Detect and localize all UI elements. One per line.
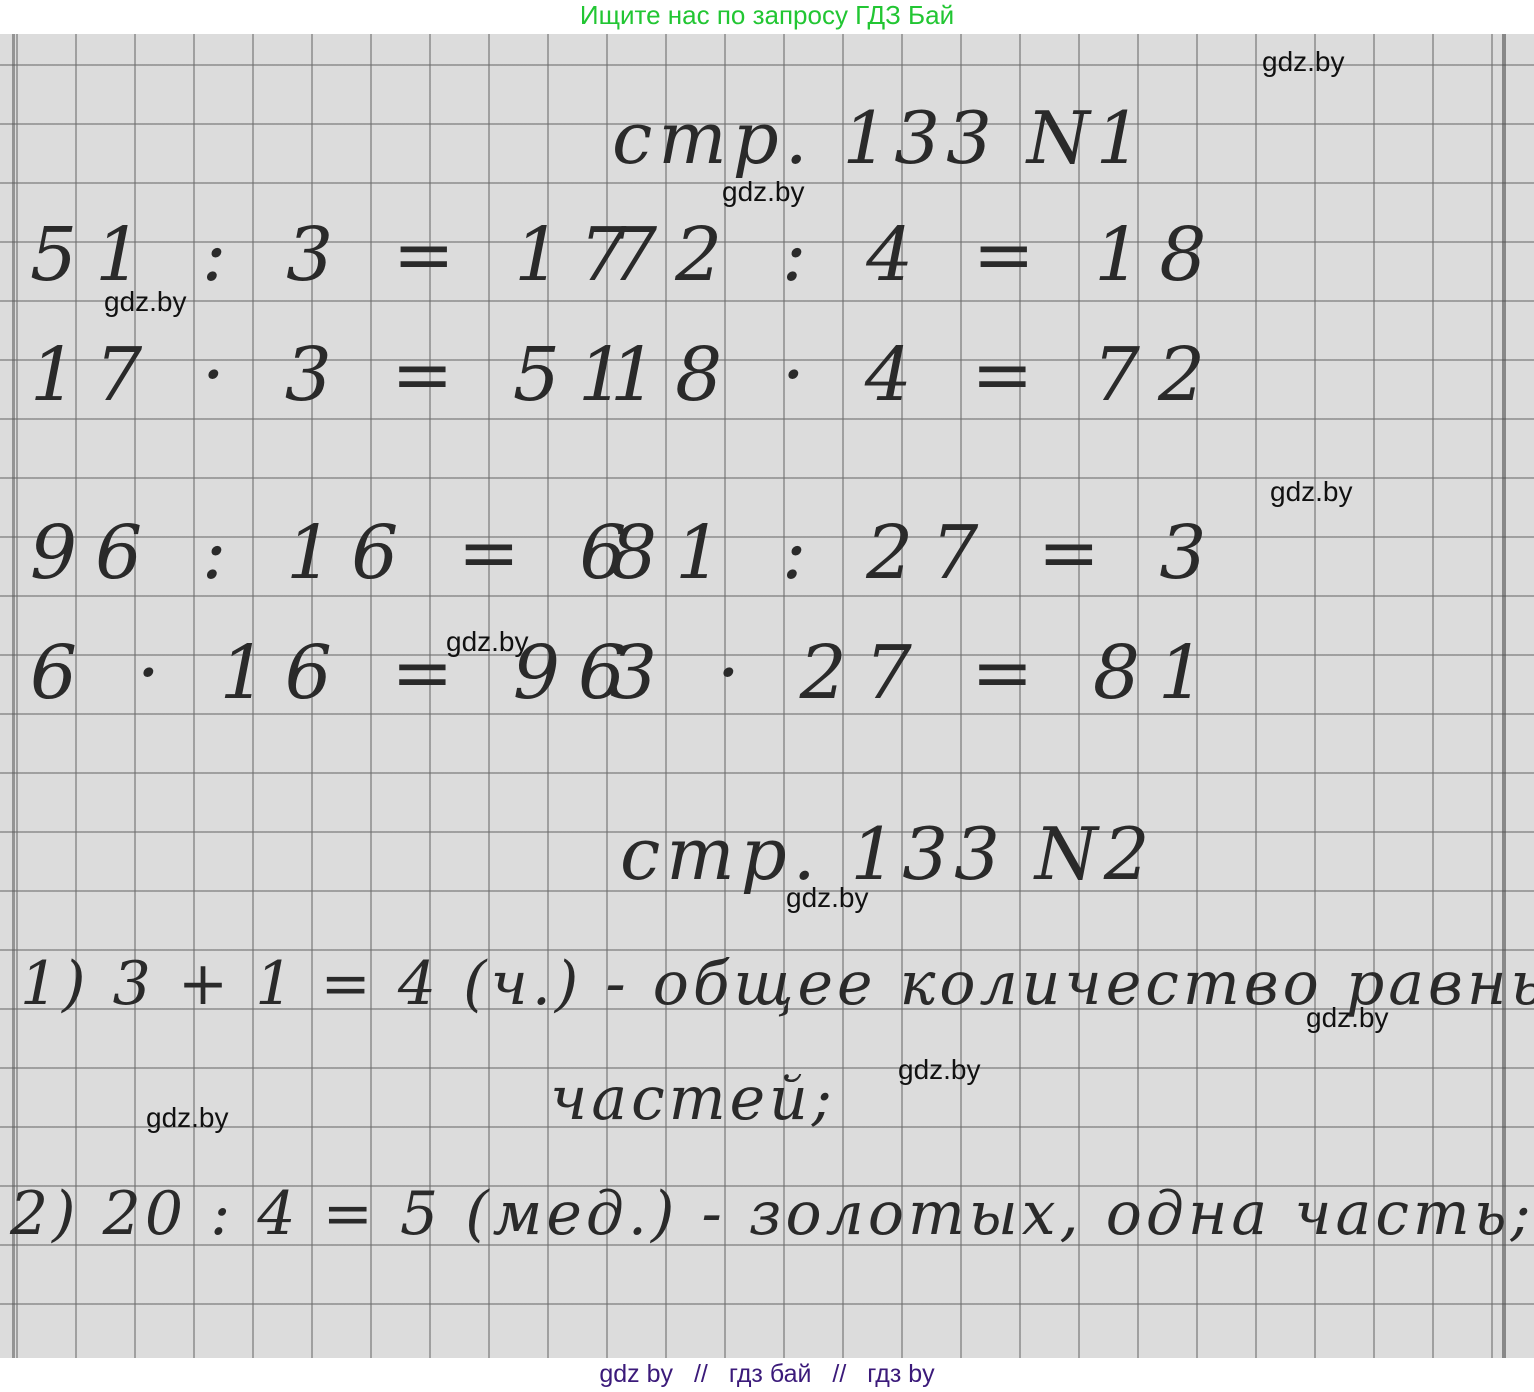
site-link[interactable]: гдз бай: [729, 1358, 812, 1390]
solution-line: 2) 20 : 4 = 5 (мед.) - золотых, одна час…: [10, 1179, 1534, 1249]
equation: 81 : 27 = 3: [610, 510, 1224, 596]
equation: 17 · 3 = 51: [30, 332, 643, 418]
right-margin-line: [1502, 34, 1506, 1358]
site-links-banner: gdz by // гдз бай // гдз by: [0, 1358, 1534, 1392]
watermark: gdz.by: [1270, 476, 1353, 508]
solution-line: частей;: [550, 1064, 836, 1134]
site-link[interactable]: гдз by: [867, 1358, 934, 1390]
watermark: gdz.by: [1262, 46, 1345, 78]
watermark: gdz.by: [786, 882, 869, 914]
equation: 18 · 4 = 72: [610, 332, 1223, 418]
separator: //: [694, 1358, 708, 1390]
section1-heading: стр. 133 N1: [612, 96, 1148, 180]
equation: 96 : 16 = 6: [30, 510, 644, 596]
watermark: gdz.by: [446, 626, 529, 658]
left-margin-line: [12, 34, 15, 1358]
search-hint-text: Ищите нас по запросу ГДЗ Бай: [580, 0, 954, 30]
watermark: gdz.by: [146, 1102, 229, 1134]
separator: //: [832, 1358, 846, 1390]
watermark: gdz.by: [104, 286, 187, 318]
notebook-page: стр. 133 N1 51 : 3 = 17 72 : 4 = 18 17 ·…: [0, 34, 1534, 1358]
watermark: gdz.by: [722, 176, 805, 208]
equation: 6 · 16 = 96: [30, 630, 643, 716]
equation: 3 · 27 = 81: [610, 630, 1223, 716]
watermark: gdz.by: [898, 1054, 981, 1086]
section2-heading: стр. 133 N2: [620, 812, 1156, 896]
watermark: gdz.by: [1306, 1002, 1389, 1034]
search-hint-banner: Ищите нас по запросу ГДЗ Бай: [0, 0, 1534, 34]
equation: 72 : 4 = 18: [610, 212, 1224, 298]
site-link[interactable]: gdz by: [599, 1358, 673, 1390]
